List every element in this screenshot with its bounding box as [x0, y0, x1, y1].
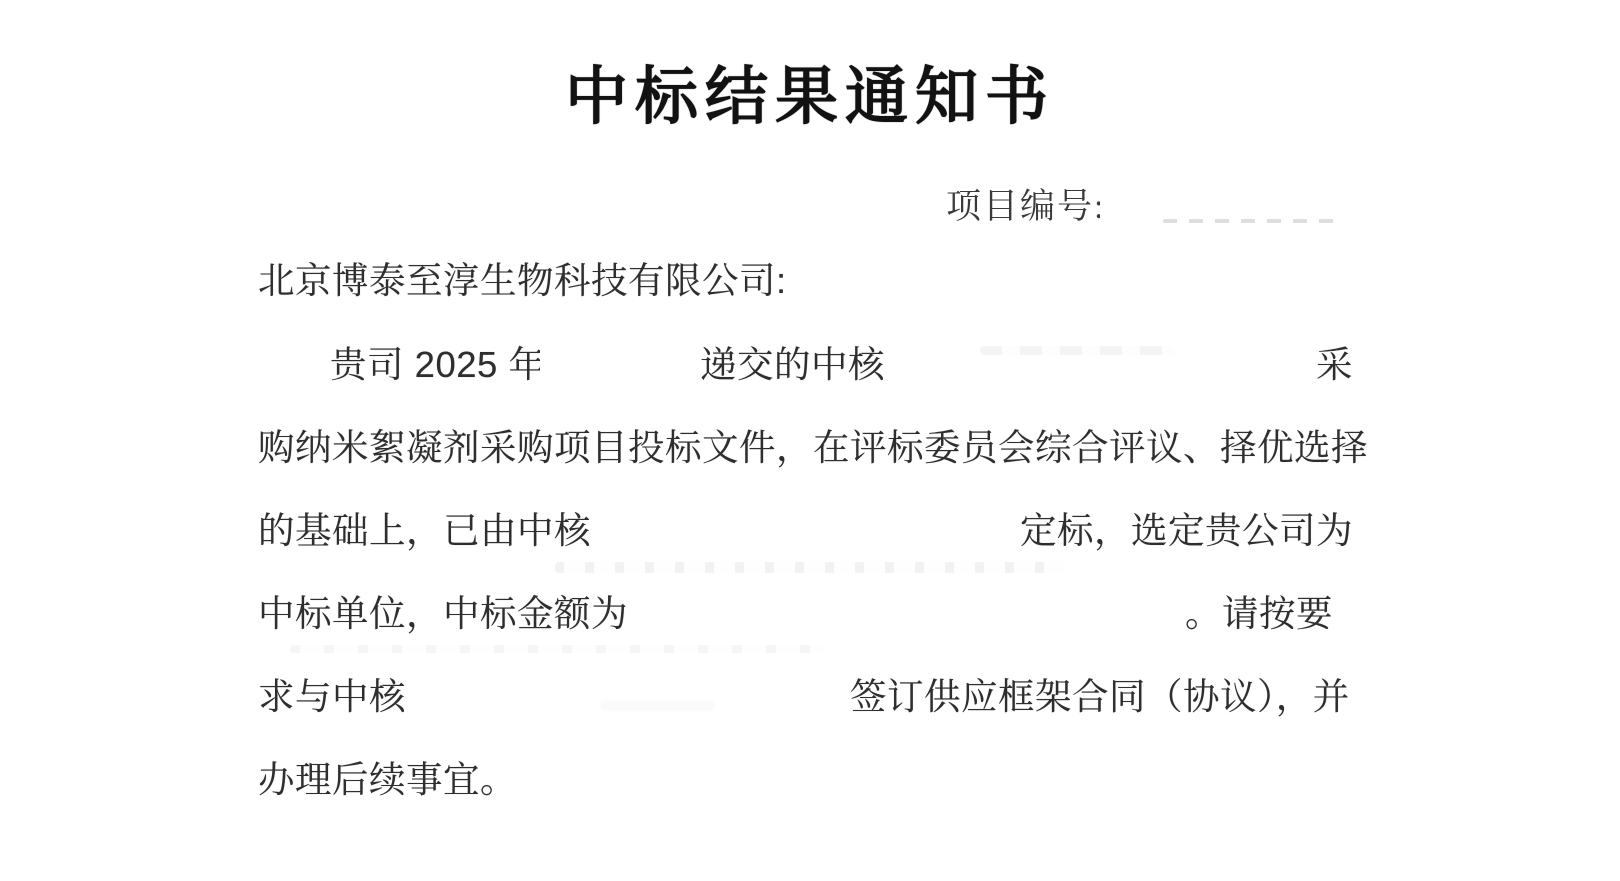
project-number-label: 项目编号:: [946, 179, 1106, 229]
scan-artifact-below-line-4: [290, 645, 825, 653]
addressee-company-name: 北京博泰至淳生物科技有限公司:: [258, 252, 787, 304]
redacted-region-line-3: [615, 504, 1010, 550]
body-line-4-segment-1: 中标单位，中标金额为: [258, 585, 628, 637]
body-line-5-segment-2: 签订供应框架合同（协议），并: [850, 668, 1350, 720]
document-title: 中标结果通知书: [0, 46, 1620, 137]
body-line-3-segment-2: 定标，选定贵公司为: [1020, 502, 1353, 554]
redacted-region-line-5: [415, 670, 840, 716]
scan-artifact-below-line-3: [555, 562, 1065, 573]
body-line-1-segment-1: 贵司 2025 年: [330, 336, 545, 388]
redacted-region-line-1a: [540, 338, 690, 384]
body-line-1-segment-3: 采: [1316, 336, 1353, 388]
body-line-2: 购纳米絮凝剂采购项目投标文件，在评标委员会综合评议、择优选择: [258, 419, 1368, 471]
body-line-6: 办理后续事宜。: [258, 751, 517, 803]
body-line-1-segment-2: 递交的中核: [700, 336, 885, 388]
body-line-4-segment-2: 。请按要: [1185, 585, 1333, 637]
scanned-document-page: 中标结果通知书 项目编号: 北京博泰至淳生物科技有限公司: 贵司 2025 年 …: [0, 0, 1620, 881]
body-line-3-segment-1: 的基础上，已由中核: [258, 502, 591, 554]
redacted-region-award-amount: [630, 587, 1175, 633]
redacted-project-number: [1100, 183, 1500, 225]
body-line-5-segment-1: 求与中核: [258, 668, 406, 720]
redacted-region-line-1b: [895, 338, 1305, 384]
